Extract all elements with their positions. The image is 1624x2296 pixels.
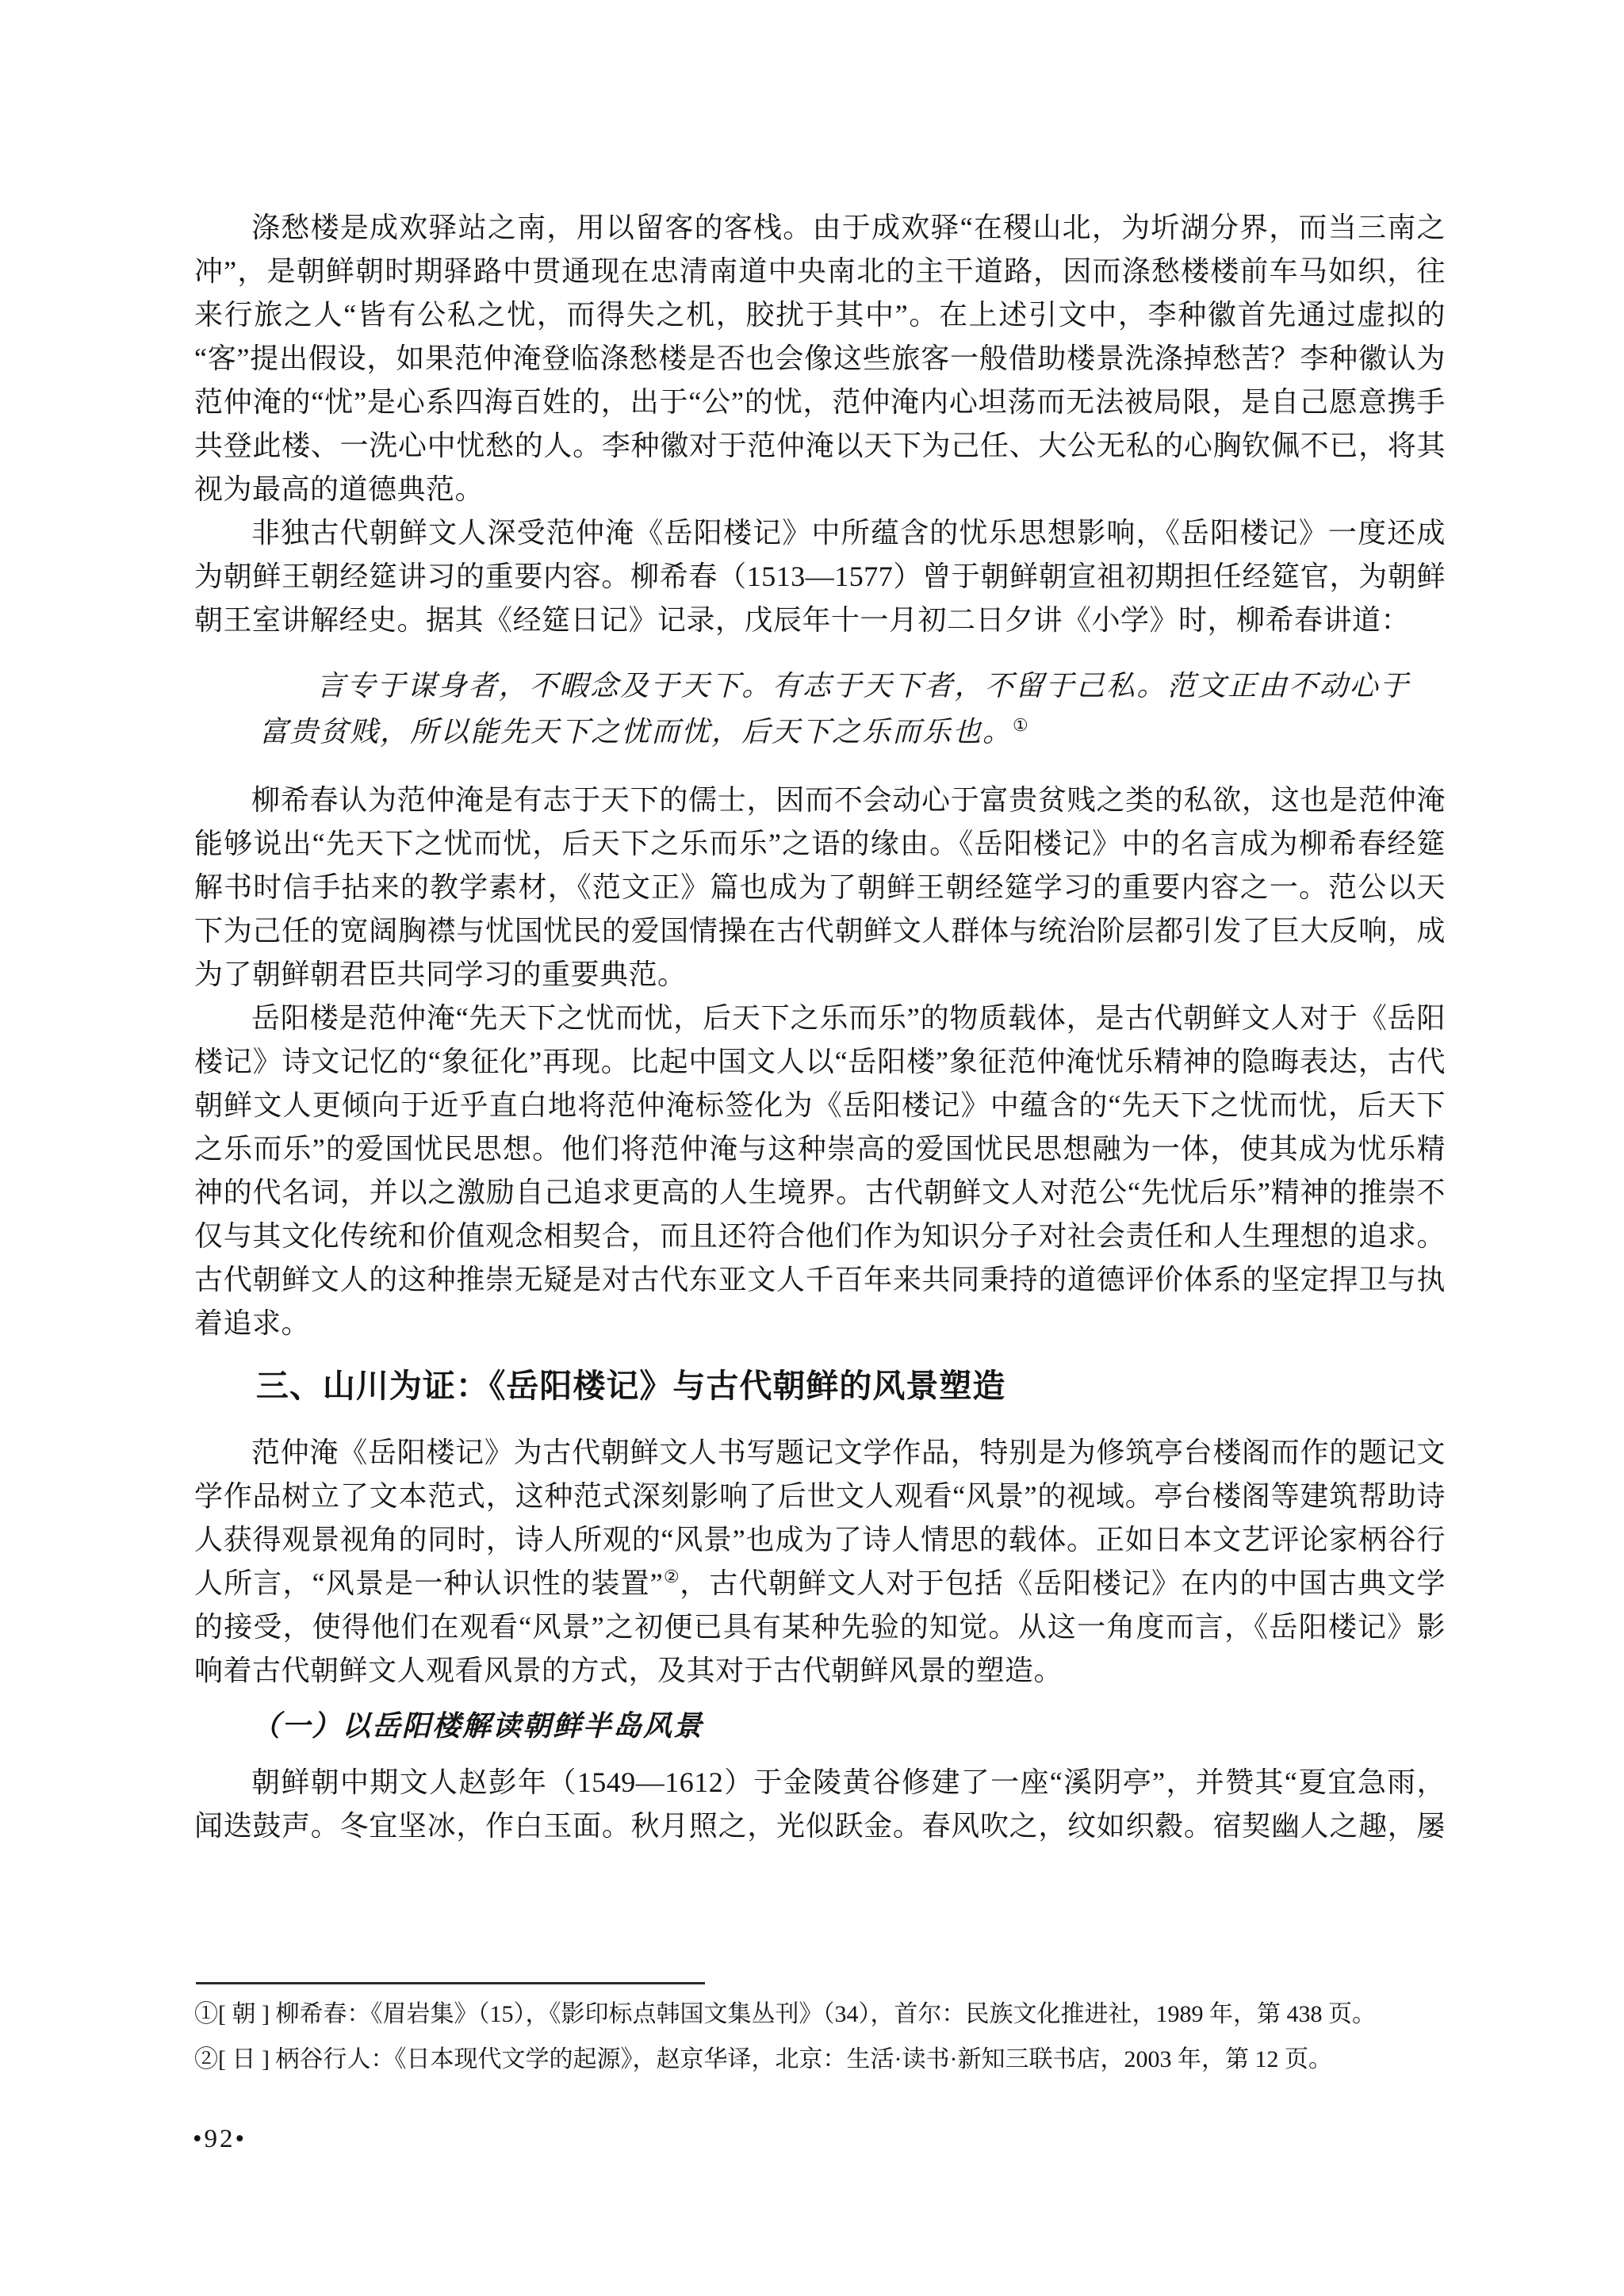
subsection-heading: （一）以岳阳楼解读朝鲜半岛风景 xyxy=(194,1705,1446,1747)
block-quote-text: 言专于谋身者，不暇念及于天下。有志于天下者，不留于己私。范文正由不动心于富贵贫贱… xyxy=(259,670,1410,748)
section-heading: 三、山川为证：《岳阳楼记》与古代朝鲜的风景塑造 xyxy=(194,1363,1446,1409)
footnote-divider xyxy=(196,1982,705,1984)
footnote-ref-1: ① xyxy=(1013,715,1028,735)
body-paragraph-2: 非独古代朝鲜文人深受范仲淹《岳阳楼记》中所蕴含的忧乐思想影响，《岳阳楼记》一度还… xyxy=(194,511,1446,642)
body-paragraph-5: 范仲淹《岳阳楼记》为古代朝鲜文人书写题记文学作品，特别是为修筑亭台楼阁而作的题记… xyxy=(194,1431,1446,1693)
body-paragraph-1: 涤愁楼是成欢驿站之南，用以留客的客栈。由于成欢驿“在稷山北，为圻湖分界，而当三南… xyxy=(194,206,1446,511)
document-page: 涤愁楼是成欢驿站之南，用以留客的客栈。由于成欢驿“在稷山北，为圻湖分界，而当三南… xyxy=(0,0,1624,2296)
footnote-item-1: ①[ 朝 ] 柳希春：《眉岩集》（15），《影印标点韩国文集丛刊》（34），首尔… xyxy=(194,1992,1446,2037)
footnote-ref-2: ② xyxy=(663,1567,680,1586)
article-body: 涤愁楼是成欢驿站之南，用以留客的客栈。由于成欢驿“在稷山北，为圻湖分界，而当三南… xyxy=(194,206,1446,1848)
body-paragraph-3: 柳希春认为范仲淹是有志于天下的儒士，因而不会动心于富贵贫贱之类的私欲，这也是范仲… xyxy=(194,779,1446,997)
block-quote: 言专于谋身者，不暇念及于天下。有志于天下者，不留于己私。范文正由不动心于富贵贫贱… xyxy=(259,663,1410,755)
body-paragraph-6: 朝鲜朝中期文人赵彭年（1549—1612）于金陵黄谷修建了一座“溪阴亭”，并赞其… xyxy=(194,1761,1446,1848)
footnotes-section: ①[ 朝 ] 柳希春：《眉岩集》（15），《影印标点韩国文集丛刊》（34），首尔… xyxy=(194,1992,1446,2082)
page-number: •92• xyxy=(193,2125,247,2154)
body-paragraph-4: 岳阳楼是范仲淹“先天下之忧而忧，后天下之乐而乐”的物质载体，是古代朝鲜文人对于《… xyxy=(194,997,1446,1345)
footnote-item-2: ②[ 日 ] 柄谷行人：《日本现代文学的起源》，赵京华译，北京：生活·读书·新知… xyxy=(194,2037,1446,2082)
